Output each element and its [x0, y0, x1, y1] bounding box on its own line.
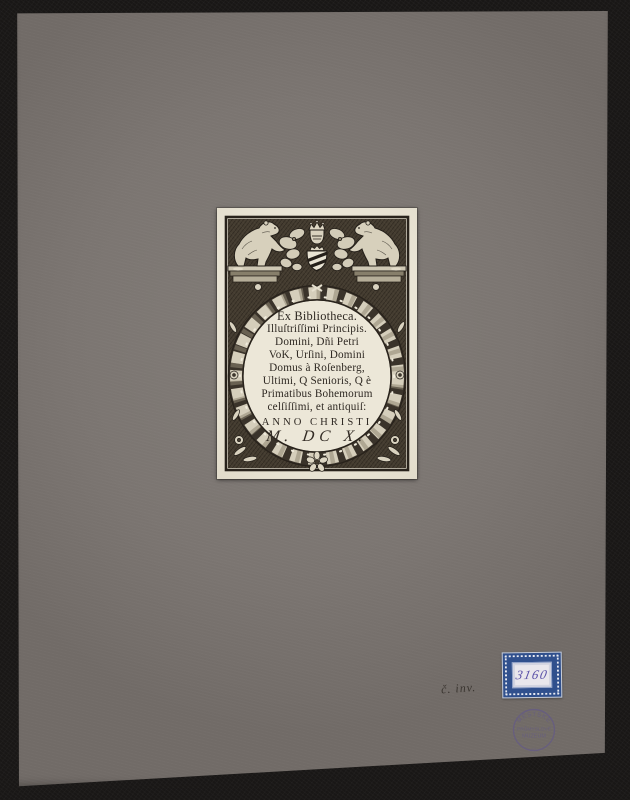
round-stamp-text-bottom: ···	[531, 746, 537, 752]
cornice-left	[228, 266, 282, 282]
plate-text-line: Domus à Roſenberg,	[217, 362, 417, 375]
round-stamp-text-mid1: PRŮMYSLOVÉ	[517, 726, 552, 733]
plate-text-line: Domini, Dñi Petri	[217, 336, 417, 349]
plate-text-line: Ultimi, Q Senioris, Q è	[217, 375, 417, 388]
plate-text-line: Illuſtriſſimi Principis.	[217, 323, 417, 336]
plate-text-line: VoK, Urſini, Domini	[217, 349, 417, 362]
round-stamp-text-mid2: MUZEUM	[522, 734, 546, 740]
svg-text:···: ···	[531, 746, 537, 752]
plate-text-line: Ex Bibliotheca.	[217, 310, 417, 323]
plate-text-line: celſiſſimi, et antiquiſ:	[217, 401, 417, 414]
round-museum-stamp-icon: MĚSTSKÉ PRŮMYSLOVÉ MUZEUM ···	[506, 702, 562, 758]
photo-frame: Ex Bibliotheca. Illuſtriſſimi Principis.…	[0, 0, 630, 800]
svg-text:MĚSTSKÉ: MĚSTSKÉ	[516, 711, 553, 724]
plate-text: Ex Bibliotheca. Illuſtriſſimi Principis.…	[217, 310, 417, 443]
stamp-inventory-number: 3160	[514, 667, 549, 683]
year-script: M. DC X.	[216, 430, 418, 443]
plate-text-line: Primatibus Bohemorum	[217, 388, 417, 401]
helmet-crown-icon	[309, 221, 325, 244]
blue-inventory-stamp: 3160	[502, 652, 563, 699]
bookplate: Ex Bibliotheca. Illuſtriſſimi Principis.…	[217, 208, 417, 479]
round-stamp-text-top: MĚSTSKÉ	[516, 711, 553, 724]
stamp-inner-panel: 3160	[512, 662, 552, 689]
cornice-right	[352, 266, 406, 282]
